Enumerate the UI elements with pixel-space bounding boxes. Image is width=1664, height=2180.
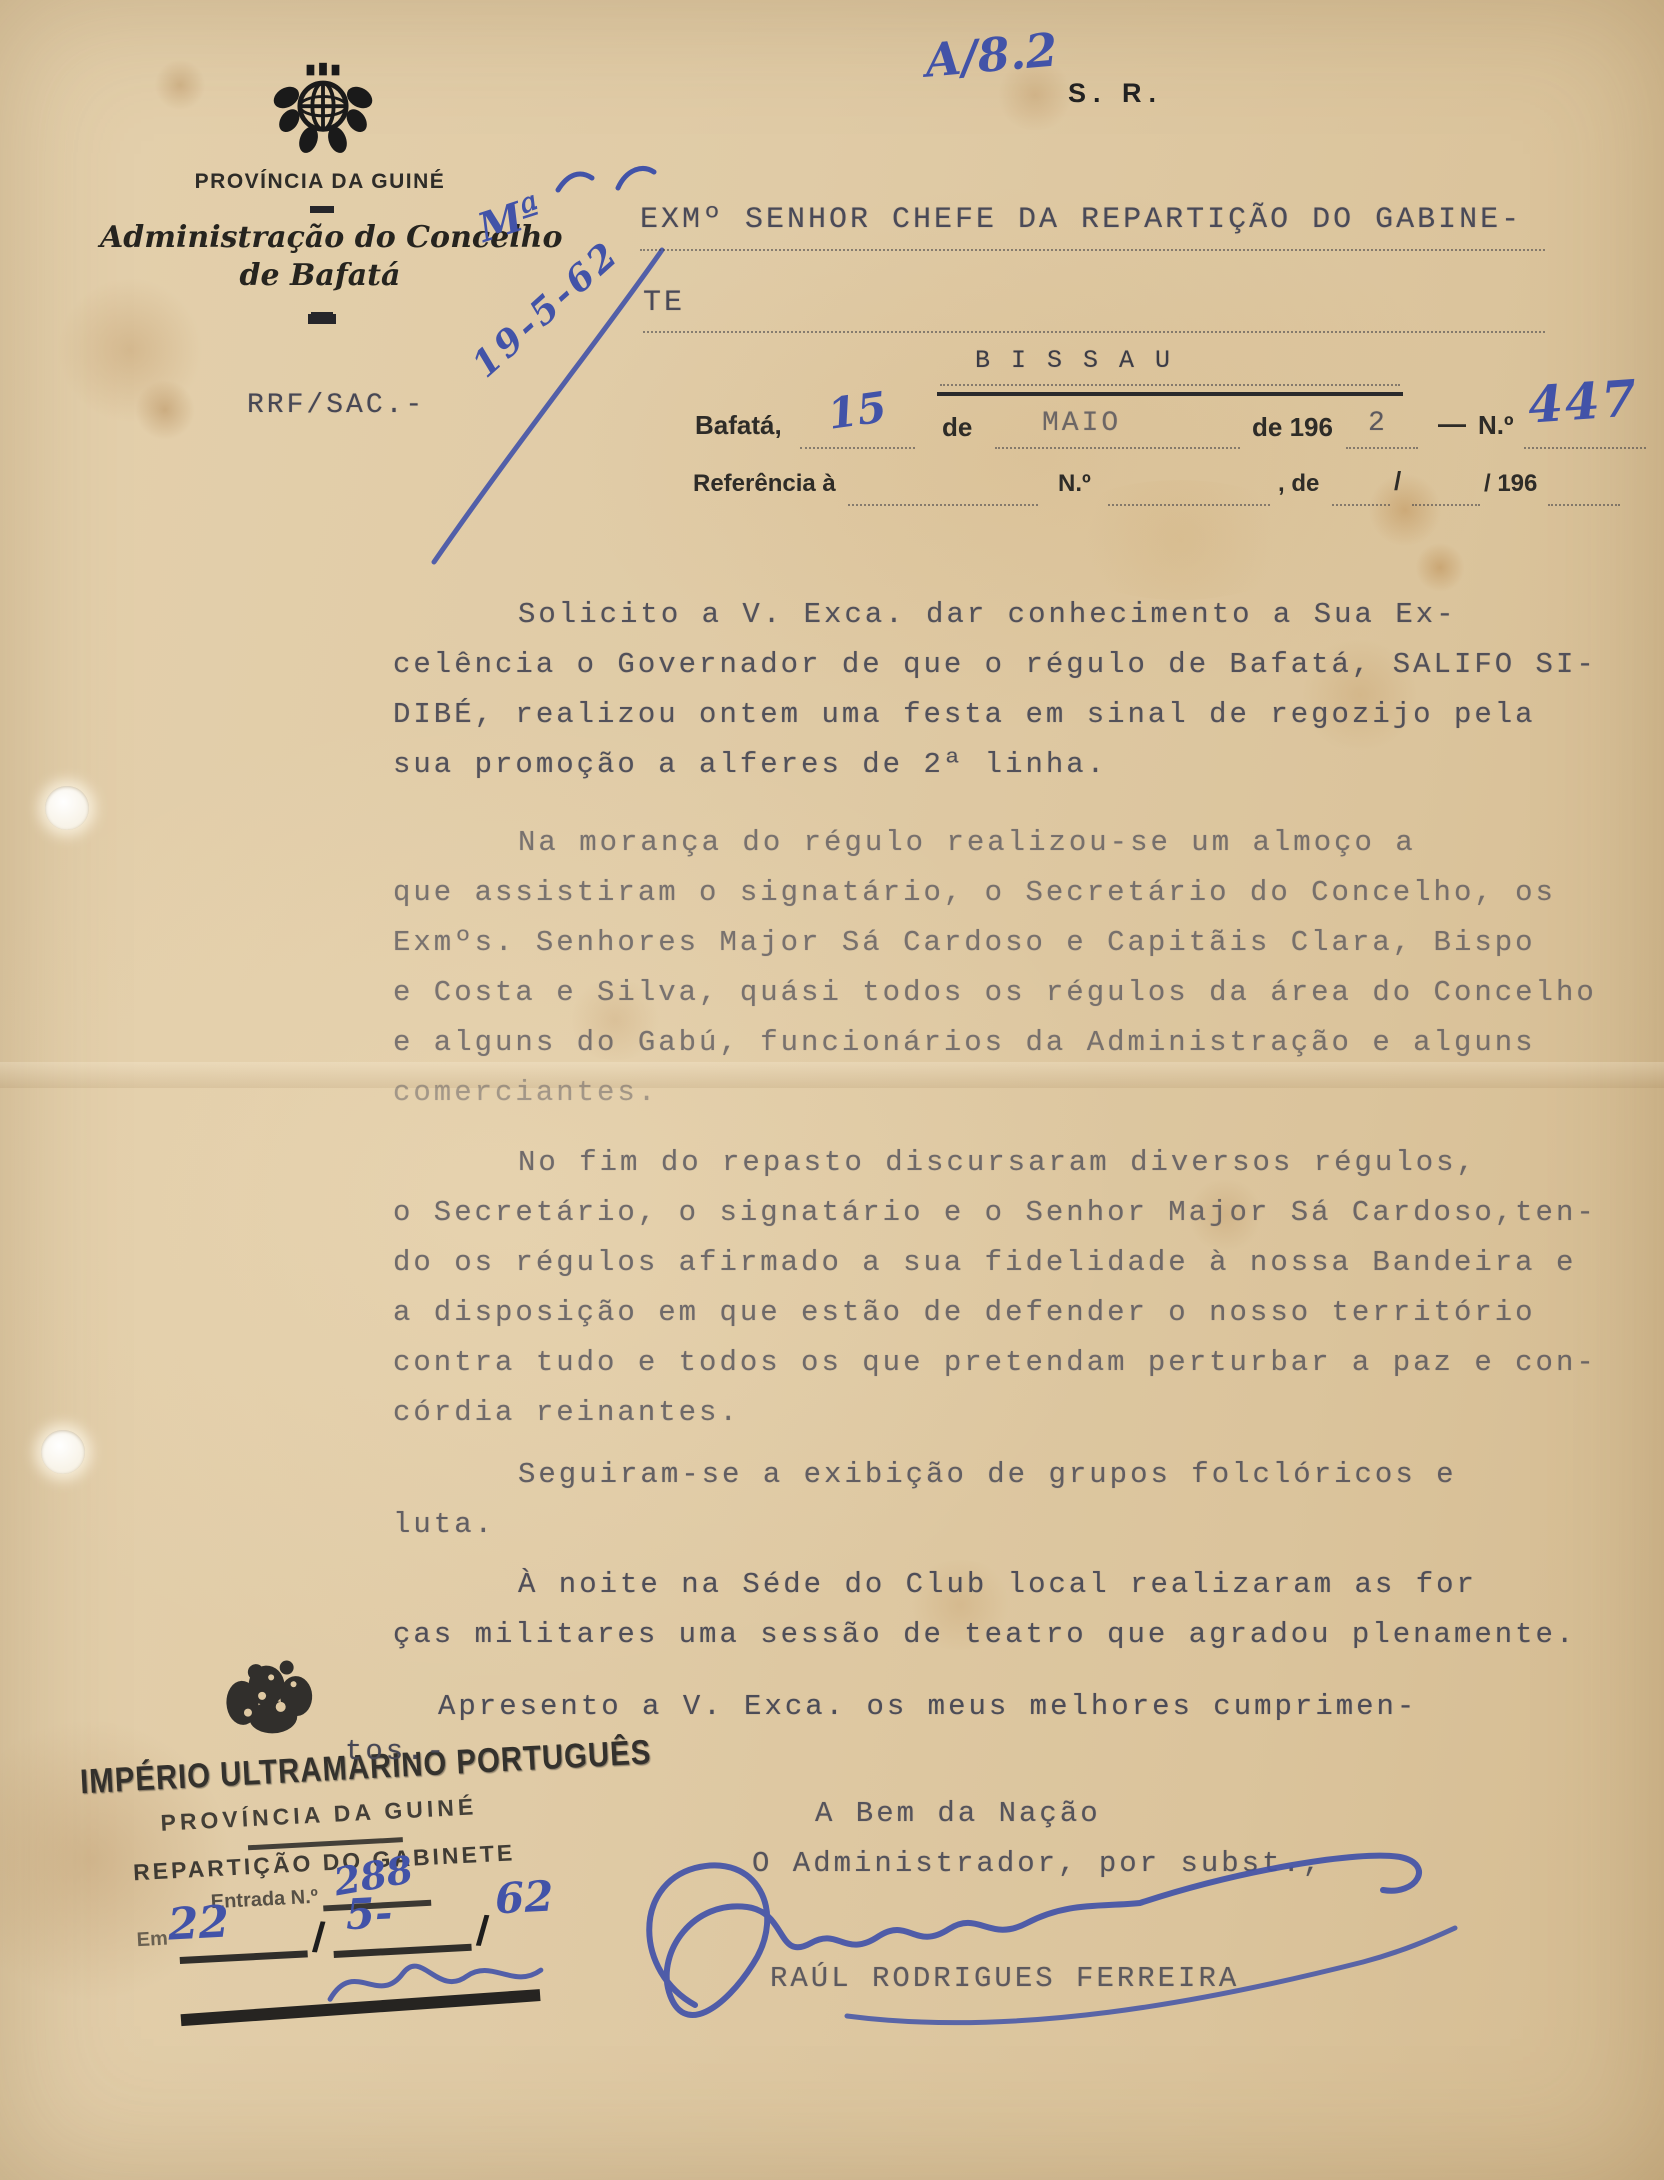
dotted-rule xyxy=(1332,504,1390,506)
body-continuation: tos.- xyxy=(345,1735,447,1768)
letterhead-office-line1: Administração do Concelho xyxy=(100,220,540,255)
handwritten-entry-day: 22 xyxy=(167,1896,231,1950)
dotted-rule xyxy=(848,504,1038,506)
body-line: e alguns do Gabú, funcionários da Admini… xyxy=(393,1018,1663,1068)
body-line: Apresento a V. Exca. os meus melhores cu… xyxy=(393,1682,1663,1732)
letterhead-divider xyxy=(308,314,336,324)
stamp-em-label: Em xyxy=(136,1928,168,1953)
body-line: que assistiram o signatário, o Secretári… xyxy=(393,868,1663,918)
body-paragraph: À noite na Séde do Club local realizaram… xyxy=(393,1560,1663,1660)
provincial-crest-icon xyxy=(270,60,376,162)
letterhead-office-line2: de Bafatá xyxy=(100,258,540,293)
body-line: Exmºs. Senhores Major Sá Cardoso e Capit… xyxy=(393,918,1663,968)
handwritten-entry-year: 62 xyxy=(494,1871,555,1923)
sr-mark: S. R. xyxy=(1068,78,1163,109)
paper-stain xyxy=(1050,480,1310,600)
body-line: comerciantes. xyxy=(393,1068,1663,1118)
body-line: DIBÉ, realizou ontem uma festa em sinal … xyxy=(393,690,1663,740)
punch-hole xyxy=(45,786,89,830)
city-underline xyxy=(937,392,1403,396)
stamp-line2: PROVÍNCIA DA GUINÉ xyxy=(160,1793,478,1837)
paper-stain xyxy=(1410,540,1470,595)
paper-stain xyxy=(150,60,210,110)
punch-hole xyxy=(41,1430,85,1474)
typed-month: MAIO xyxy=(1042,408,1121,439)
body-line: córdia reinantes. xyxy=(393,1388,1663,1438)
dotted-rule xyxy=(640,249,1545,251)
body-line: e Costa e Silva, quási todos os régulos … xyxy=(393,968,1663,1018)
body-line: o Secretário, o signatário e o Senhor Ma… xyxy=(393,1188,1663,1238)
body-paragraph: No fim do repasto discursaram diversos r… xyxy=(393,1138,1663,1438)
paper-stain xyxy=(130,380,200,440)
typed-year-digit: 2 xyxy=(1368,408,1388,439)
body-line: sua promoção a alferes de 2ª linha. xyxy=(393,740,1663,790)
body-line: Solicito a V. Exca. dar conhecimento a S… xyxy=(393,590,1663,640)
letterhead-province: PROVÍNCIA DA GUINÉ xyxy=(140,170,500,194)
dotted-rule xyxy=(1548,504,1620,506)
addressee-line1: EXMº SENHOR CHEFE DA REPARTIÇÃO DO GABIN… xyxy=(640,203,1522,237)
reference-number-label: N.º xyxy=(1058,470,1091,498)
body-paragraph: Apresento a V. Exca. os meus melhores cu… xyxy=(393,1682,1663,1732)
body-paragraph: Seguiram-se a exibição de grupos folclór… xyxy=(393,1450,1663,1550)
handwritten-document-number: 447 xyxy=(1526,368,1640,435)
handwritten-entry-month: 5- xyxy=(344,1888,393,1939)
stamp-rule xyxy=(180,1950,308,1964)
body-line: ças militares uma sessão de teatro que a… xyxy=(393,1610,1663,1660)
reference-de-label: , de xyxy=(1278,470,1319,498)
handwritten-signature xyxy=(595,1810,1485,2045)
dotted-rule xyxy=(940,384,1400,386)
body-paragraph: Solicito a V. Exca. dar conhecimento a S… xyxy=(393,590,1663,790)
handwritten-file-reference: A/8.2 xyxy=(923,22,1060,87)
stamp-line3: REPARTIÇÃO DO GABINETE xyxy=(132,1839,515,1886)
reference-code: RRF/SAC.- xyxy=(247,390,425,421)
date-place-label: Bafatá, xyxy=(695,410,782,441)
letterhead-divider xyxy=(310,206,334,213)
paper-stain xyxy=(40,270,220,430)
body-line: Na morança do régulo realizou-se um almo… xyxy=(393,818,1663,868)
reference-label: Referência à xyxy=(693,470,836,498)
dotted-rule xyxy=(643,331,1545,333)
handwritten-day: 15 xyxy=(825,382,890,439)
paper-stain xyxy=(1360,470,1450,550)
handwritten-date-note: 19-5-62 xyxy=(464,232,628,386)
body-line: Seguiram-se a exibição de grupos folclór… xyxy=(393,1450,1663,1500)
body-line: luta. xyxy=(393,1500,1663,1550)
body-line: No fim do repasto discursaram diversos r… xyxy=(393,1138,1663,1188)
addressee-line2: TE xyxy=(643,286,685,320)
body-line: contra tudo e todos os que pretendam per… xyxy=(393,1338,1663,1388)
stamp-crest-icon xyxy=(210,1650,335,1751)
dotted-rule xyxy=(1346,447,1418,449)
body-line: do os régulos afirmado a sua fidelidade … xyxy=(393,1238,1663,1288)
handwritten-rubric xyxy=(313,1929,557,2031)
document-number-label: N.º xyxy=(1478,410,1514,441)
body-paragraph: Na morança do régulo realizou-se um almo… xyxy=(393,818,1663,1118)
dotted-rule xyxy=(1524,447,1646,449)
date-dash: — xyxy=(1438,408,1466,440)
entry-stamp: IMPÉRIO ULTRAMARINO PORTUGUÊS PROVÍNCIA … xyxy=(70,1642,589,2048)
dotted-rule xyxy=(1108,504,1270,506)
addressee-city: B I S S A U xyxy=(975,346,1173,375)
handwritten-check-mark xyxy=(552,158,662,208)
date-de-label: de xyxy=(942,412,972,443)
document-page: PROVÍNCIA DA GUINÉ Administração do Conc… xyxy=(0,0,1664,2180)
body-line: celência o Governador de que o régulo de… xyxy=(393,640,1663,690)
reference-year-label: / 196 xyxy=(1484,470,1537,498)
dotted-rule xyxy=(800,447,915,449)
body-line: a disposição em que estão de defender o … xyxy=(393,1288,1663,1338)
dotted-rule xyxy=(1412,504,1480,506)
dotted-rule xyxy=(995,447,1240,449)
date-year-label: de 196 xyxy=(1252,412,1333,443)
reference-slash: / xyxy=(1394,466,1401,497)
body-line: À noite na Séde do Club local realizaram… xyxy=(393,1560,1663,1610)
